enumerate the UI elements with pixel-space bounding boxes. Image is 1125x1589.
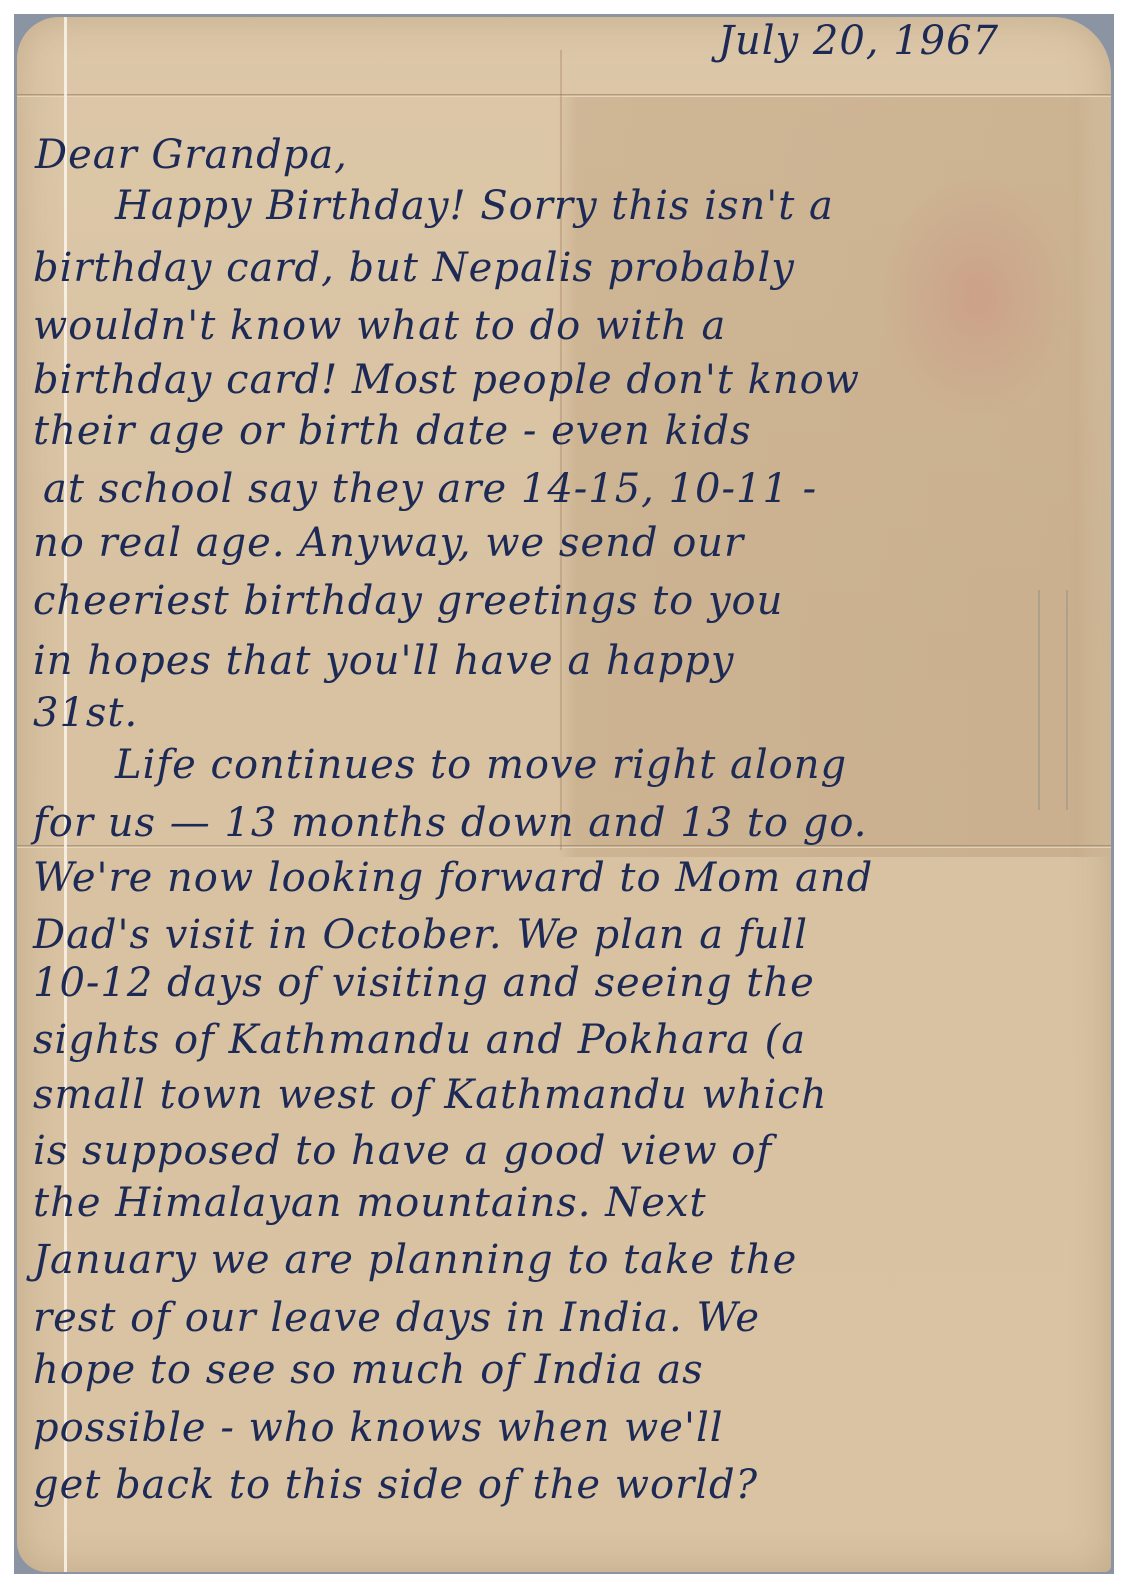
letter-line: We're now looking forward to Mom and xyxy=(33,855,873,901)
letter-salutation: Dear Grandpa, xyxy=(35,132,348,178)
letter-line: Happy Birthday! Sorry this isn't a xyxy=(115,183,834,229)
letter-date: July 20, 1967 xyxy=(718,18,999,64)
letter-line: rest of our leave days in India. We xyxy=(33,1295,760,1341)
letter-line: for us — 13 months down and 13 to go. xyxy=(33,800,867,846)
letter-line: in hopes that you'll have a happy xyxy=(33,638,734,684)
handwritten-letter: July 20, 1967 Dear Grandpa, Happy Birthd… xyxy=(0,0,1125,1589)
letter-line: at school say they are 14-15, 10-11 - xyxy=(43,466,817,512)
letter-line: hope to see so much of India as xyxy=(33,1347,704,1393)
letter-line: cheeriest birthday greetings to you xyxy=(33,578,783,624)
letter-line: 10-12 days of visiting and seeing the xyxy=(33,960,815,1006)
letter-line: possible - who knows when we'll xyxy=(33,1405,724,1451)
letter-line: wouldn't know what to do with a xyxy=(33,303,726,349)
letter-line: small town west of Kathmandu which xyxy=(33,1072,827,1118)
letter-line: sights of Kathmandu and Pokhara (a xyxy=(33,1017,806,1063)
letter-line: is supposed to have a good view of xyxy=(33,1128,772,1174)
letter-line: birthday card! Most people don't know xyxy=(33,357,860,403)
letter-line: no real age. Anyway, we send our xyxy=(33,520,744,566)
letter-line: 31st. xyxy=(33,690,138,736)
letter-line: the Himalayan mountains. Next xyxy=(33,1180,707,1226)
letter-line: their age or birth date - even kids xyxy=(33,408,752,454)
letter-line: Dad's visit in October. We plan a full xyxy=(33,912,808,958)
letter-line: January we are planning to take the xyxy=(33,1237,797,1283)
letter-line: Life continues to move right along xyxy=(115,742,847,788)
letter-line: birthday card, but Nepalis probably xyxy=(33,245,795,291)
letter-line: get back to this side of the world? xyxy=(33,1462,758,1508)
